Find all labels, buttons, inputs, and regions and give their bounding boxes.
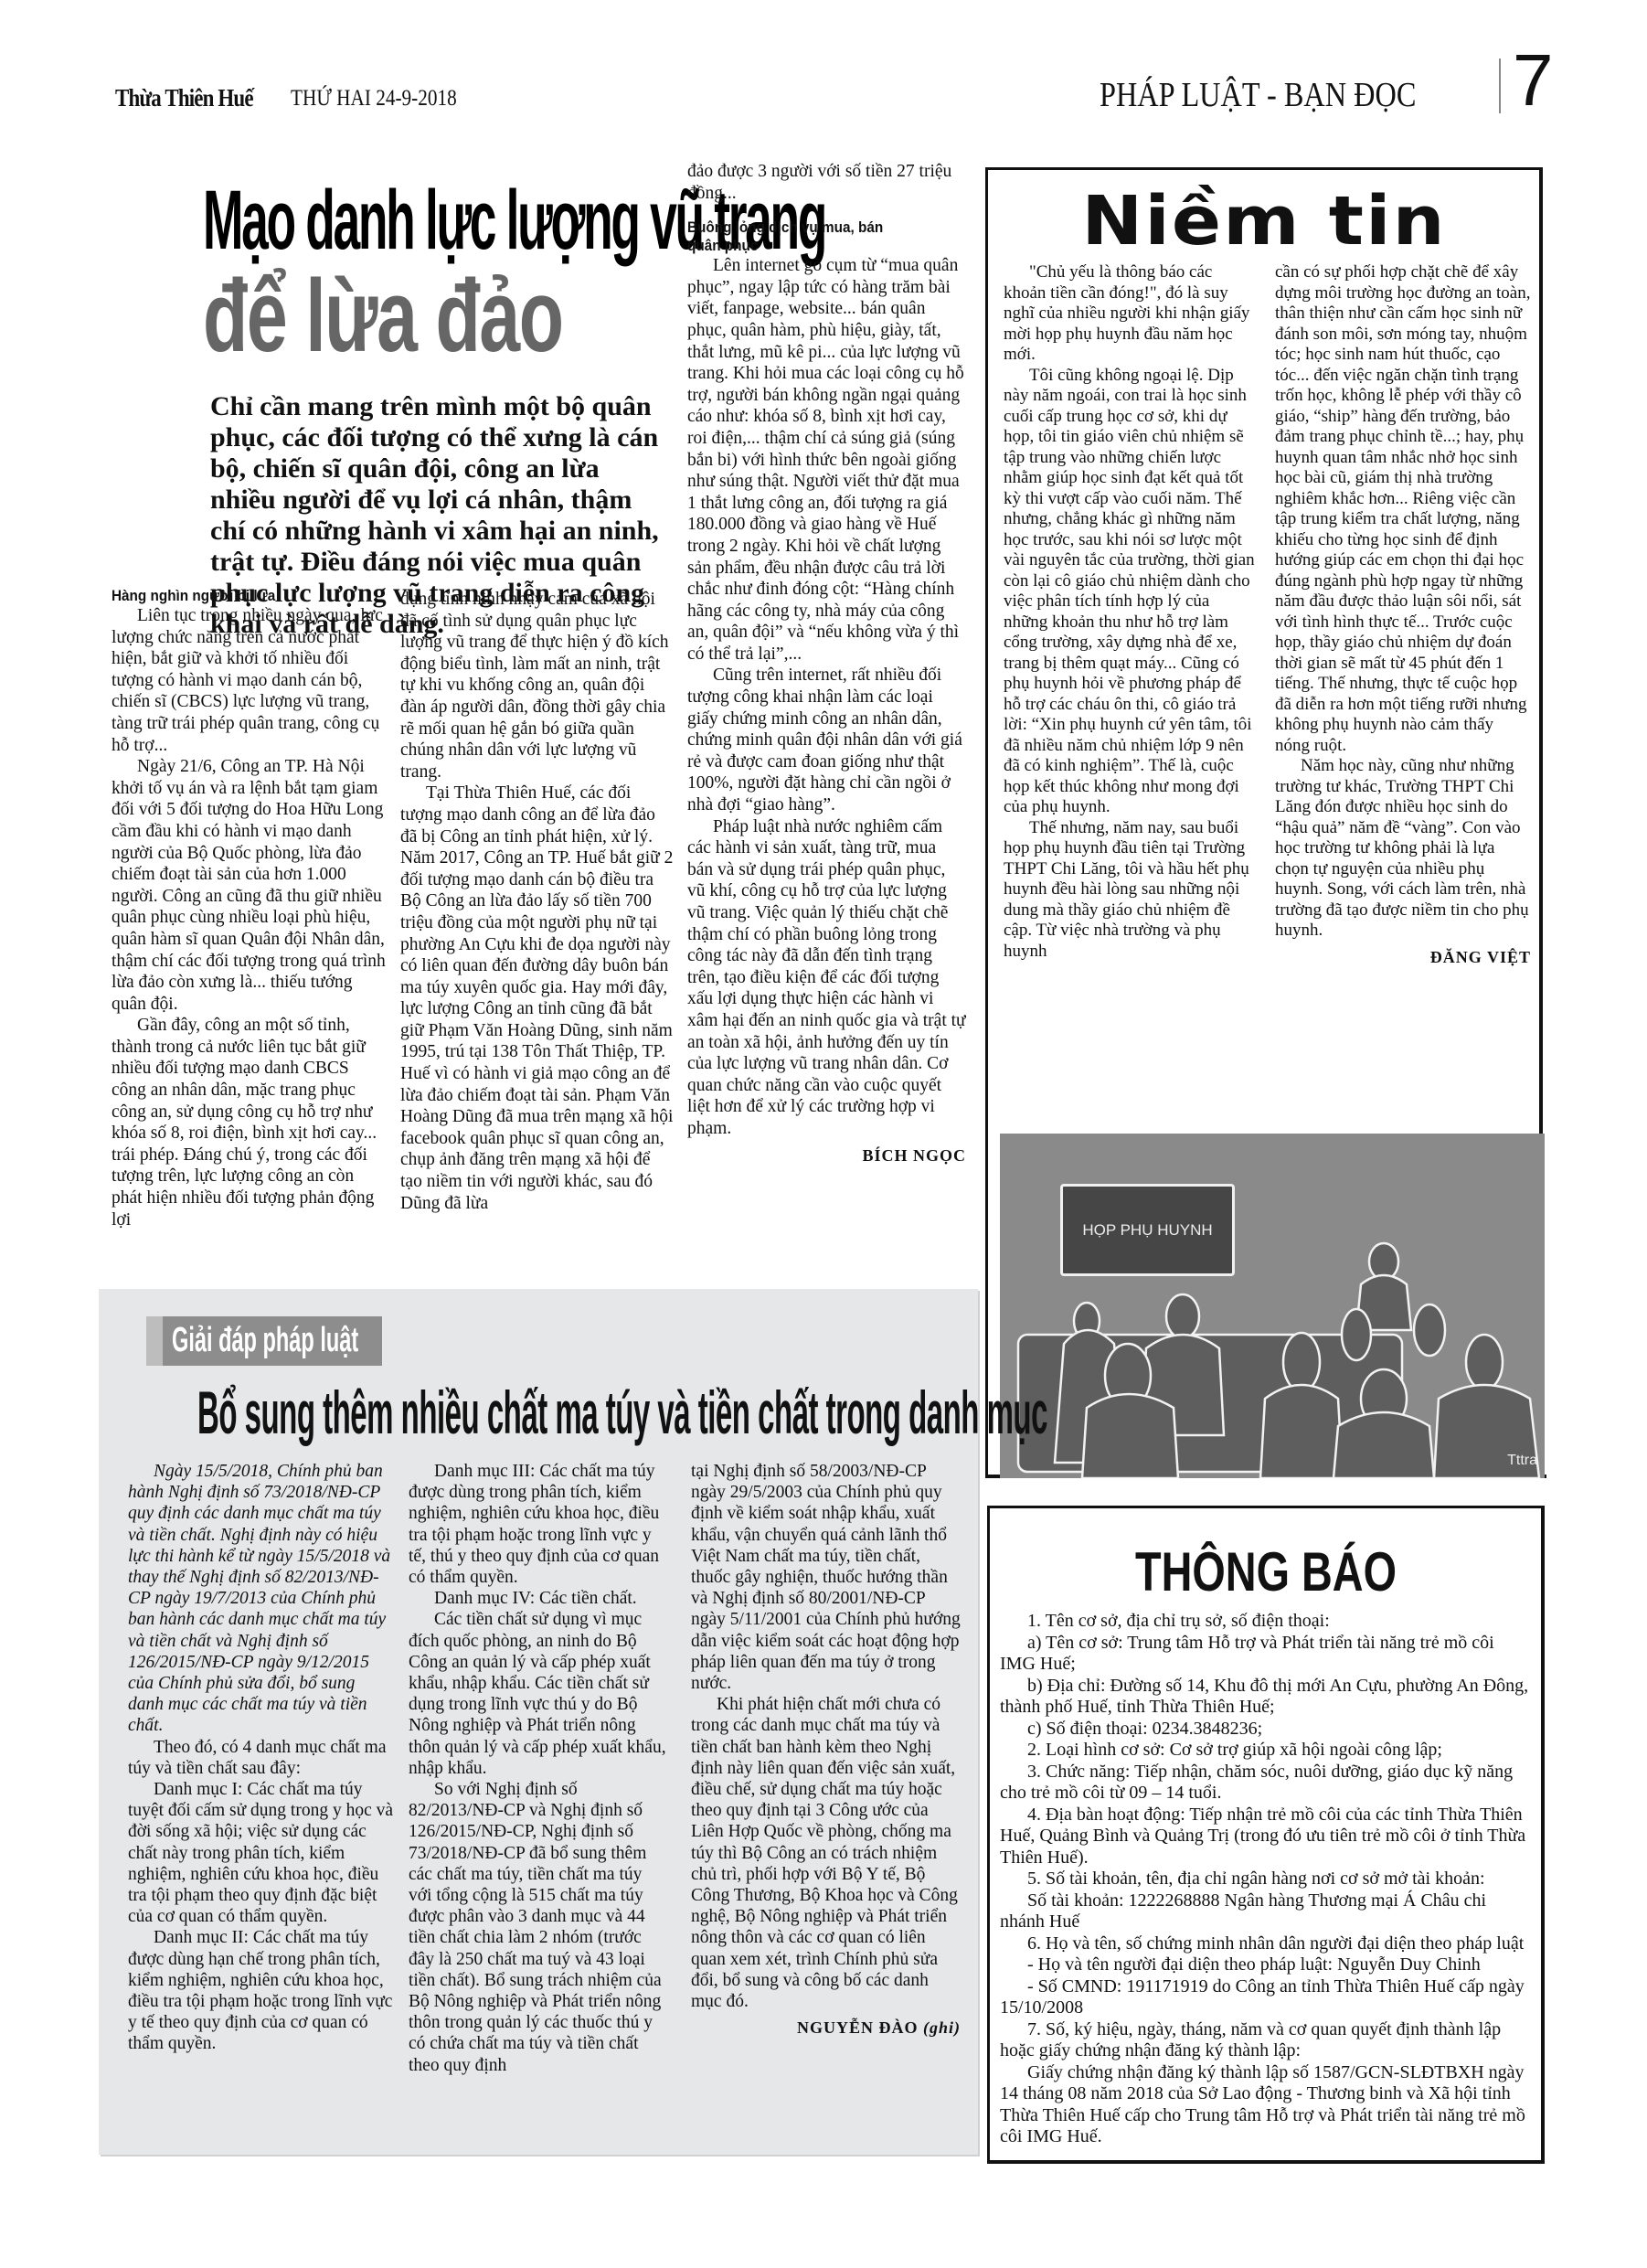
notice-item: 7. Số, ký hiệu, ngày, tháng, năm và cơ q… <box>1000 2019 1534 2062</box>
paragraph: Danh mục I: Các chất ma túy tuyệt đối cấ… <box>128 1779 393 1927</box>
legal-qa-byline: NGUYỄN ĐÀO (ghi) <box>691 2018 961 2039</box>
legal-qa-headline: Bổ sung thêm nhiều chất ma túy và tiền c… <box>197 1382 1047 1443</box>
legal-qa-column-1: Ngày 15/5/2018, Chính phủ ban hành Nghị … <box>128 1461 393 2055</box>
notice-body: 1. Tên cơ sở, địa chỉ trụ sở, số điện th… <box>1000 1611 1534 2148</box>
notice-item: 2. Loại hình cơ sở: Cơ sở trợ giúp xã hộ… <box>1000 1740 1534 1762</box>
illustration-audience-icon <box>1000 1134 1545 1478</box>
section-name: PHÁP LUẬT - BẠN ĐỌC <box>1100 75 1416 115</box>
dateline: THỨ HAI 24-9-2018 <box>291 86 457 112</box>
page-number: 7 <box>1513 44 1554 117</box>
paragraph: cần có sự phối hợp chặt chẽ để xây dựng … <box>1275 262 1531 756</box>
paragraph: Danh mục IV: Các tiền chất. <box>409 1588 669 1609</box>
notice-item: 6. Họ và tên, số chứng minh nhân dân ngư… <box>1000 1933 1534 1955</box>
legal-qa-byline-note: (ghi) <box>923 2018 961 2037</box>
paragraph: Cũng trên internet, rất nhiều đối tượng … <box>687 665 966 815</box>
notice-item: a) Tên cơ sở: Trung tâm Hỗ trợ và Phát t… <box>1000 1633 1534 1676</box>
notice-item: 3. Chức năng: Tiếp nhận, chăm sóc, nuôi … <box>1000 1762 1534 1805</box>
paragraph: Khi phát hiện chất mới chưa có trong các… <box>691 1694 961 2012</box>
legal-qa-tag-accent <box>146 1316 163 1366</box>
paragraph: tại Nghị định số 58/2003/NĐ-CP ngày 29/5… <box>691 1461 961 1694</box>
article1-subhead-2: Buông lỏng dịch vụ mua, bán quân phục <box>687 218 885 255</box>
article1-headline-line2: để lừa đảo <box>203 265 563 367</box>
niem-tin-title: Niềm tin <box>963 187 1566 255</box>
article1-column-2: dụng tình hình nhạy cảm của xã hội đã cố… <box>400 589 675 1214</box>
legal-qa-column-2: Danh mục III: Các chất ma túy được dùng … <box>409 1461 669 2076</box>
paragraph: Theo đó, có 4 danh mục chất ma túy và ti… <box>128 1737 393 1779</box>
article1-byline: BÍCH NGỌC <box>687 1145 966 1167</box>
paragraph: Danh mục II: Các chất ma túy được dùng h… <box>128 1927 393 2054</box>
niem-tin-column-1: "Chủ yếu là thông báo các khoản tiền cần… <box>1004 262 1255 962</box>
paragraph: "Chủ yếu là thông báo các khoản tiền cần… <box>1004 262 1255 366</box>
paragraph: Liên tục trong nhiều ngày qua, lực lượng… <box>112 605 386 756</box>
niem-tin-byline: ĐĂNG VIỆT <box>1275 947 1531 968</box>
notice-item: - Số CMND: 191171919 do Công an tỉnh Thừ… <box>1000 1976 1534 2019</box>
notice-item: c) Số điện thoại: 0234.3848236; <box>1000 1719 1534 1741</box>
legal-qa-byline-name: NGUYỄN ĐÀO <box>797 2018 919 2037</box>
paragraph: Ngày 15/5/2018, Chính phủ ban hành Nghị … <box>128 1461 393 1737</box>
notice-item: Giấy chứng nhận đăng ký thành lập số 158… <box>1000 2062 1534 2148</box>
paragraph: Pháp luật nhà nước nghiêm cấm các hành v… <box>687 816 966 1140</box>
paragraph: Gần đây, công an một số tỉnh, thành tron… <box>112 1015 386 1230</box>
article1-subhead-1: Hàng nghìn người bị lừa <box>112 587 358 605</box>
paragraph: Tôi cũng không ngoại lệ. Dịp này năm ngo… <box>1004 366 1255 818</box>
paragraph: Ngày 21/6, Công an TP. Hà Nội khởi tố vụ… <box>112 756 386 1015</box>
paragraph: dụng tình hình nhạy cảm của xã hội đã cố… <box>400 589 675 783</box>
page-divider <box>1499 59 1501 113</box>
paragraph: Tại Thừa Thiên Huế, các đối tượng mạo da… <box>400 783 675 1214</box>
notice-item: 5. Số tài khoản, tên, địa chỉ ngân hàng … <box>1000 1869 1534 1890</box>
paragraph: đảo được 3 người với số tiền 27 triệu đồ… <box>687 161 966 204</box>
paragraph: Các tiền chất sử dụng vì mục đích quốc p… <box>409 1609 669 1779</box>
niem-tin-column-2: cần có sự phối hợp chặt chẽ để xây dựng … <box>1275 262 1531 967</box>
illustration-parent-meeting: HỌP PHỤ HUYNH Tttra <box>1000 1134 1545 1478</box>
paragraph: Năm học này, cũng như những trường tư kh… <box>1275 756 1531 942</box>
paragraph: So với Nghị định số 82/2013/NĐ-CP và Ngh… <box>409 1779 669 2076</box>
notice-item: b) Địa chỉ: Đường số 14, Khu đô thị mới … <box>1000 1676 1534 1719</box>
article1-column-3: đảo được 3 người với số tiền 27 triệu đồ… <box>687 161 966 1166</box>
paragraph: Thế nhưng, năm nay, sau buổi họp phụ huy… <box>1004 818 1255 963</box>
article1-column-1: Hàng nghìn người bị lừa Liên tục trong n… <box>112 587 386 1230</box>
notice-item: - Họ và tên người đại diện theo pháp luậ… <box>1000 1954 1534 1976</box>
notice-item: 4. Địa bàn hoạt động: Tiếp nhận trẻ mồ c… <box>1000 1805 1534 1869</box>
illustration-signature: Tttra <box>1507 1453 1537 1469</box>
legal-qa-column-3: tại Nghị định số 58/2003/NĐ-CP ngày 29/5… <box>691 1461 961 2039</box>
notice-item: Số tài khoản: 1222268888 Ngân hàng Thươn… <box>1000 1890 1534 1933</box>
legal-qa-tag-label: Giải đáp pháp luật <box>172 1320 358 1360</box>
paragraph: Danh mục III: Các chất ma túy được dùng … <box>409 1461 669 1588</box>
paragraph: Lên internet gõ cụm từ “mua quân phục”, … <box>687 255 966 665</box>
masthead: Thừa Thiên Huế <box>115 84 253 112</box>
notice-item: 1. Tên cơ sở, địa chỉ trụ sở, số điện th… <box>1000 1611 1534 1633</box>
notice-title: THÔNG BÁO <box>1048 1545 1483 1600</box>
